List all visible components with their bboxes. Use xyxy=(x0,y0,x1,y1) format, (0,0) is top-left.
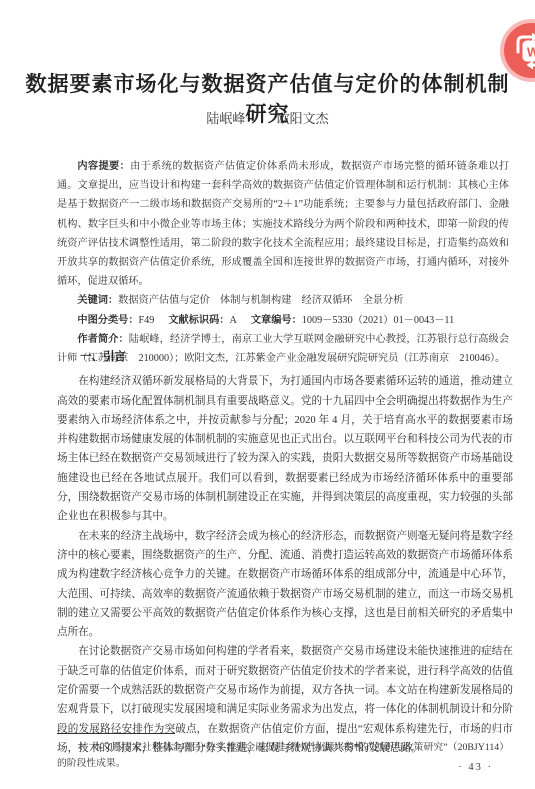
article-body: 一、引言 在构建经济双循环新发展格局的大背景下，为打通国内市场各要素循环运转的通… xyxy=(57,348,513,758)
doc-code-label: 文献标识码： xyxy=(168,315,229,326)
clc-value: F49 xyxy=(139,315,155,326)
word-letter: W xyxy=(527,45,535,60)
paper-page: 数据要素市场化与数据资产估值与定价的体制机制研究 陆岷峰 欧阳文杰 内容提要：由… xyxy=(0,0,535,789)
body-paragraph-2: 在未来的经济主战场中，数字经济会成为核心的经济形态，而数据资产则毫无疑问将是数字… xyxy=(57,527,513,643)
cycle-arrow-bottom-head-icon xyxy=(527,61,534,70)
article-no-label: 文章编号： xyxy=(251,315,302,326)
convert-to-word-button[interactable]: W xyxy=(504,23,535,78)
article-no-value: 1009－5330（2021）01－0043－11 xyxy=(302,315,454,326)
footnote-divider xyxy=(57,733,175,734)
keywords-line: 关键词：数据资产估值与定价 体制与机制构建 经济双循环 全景分析 xyxy=(57,291,509,310)
section-heading: 一、引言 xyxy=(57,348,513,367)
bio-label: 作者简介： xyxy=(77,334,128,345)
abstract-text: 由于系统的数据资产估值定价体系尚未形成，数据资产市场完整的循环链条难以打通。文章… xyxy=(57,161,509,287)
word-convert-icon: W xyxy=(504,23,535,78)
front-matter: 内容提要：由于系统的数据资产估值定价体系尚未形成，数据资产市场完整的循环链条难以… xyxy=(57,157,509,368)
abstract: 内容提要：由于系统的数据资产估值定价体系尚未形成，数据资产市场完整的循环链条难以… xyxy=(57,157,509,291)
footnote: ＊本文系国家社科基金项目“数字普惠金融促进乡村产业振兴的模式创新与政策研究”（2… xyxy=(57,740,509,773)
author-name-1: 陆岷峰 xyxy=(206,108,245,127)
author-name-2: 欧阳文杰 xyxy=(277,108,329,127)
doc-code-value: A xyxy=(230,315,237,326)
page-number: · 43 · xyxy=(458,762,493,773)
author-line: 陆岷峰 欧阳文杰 xyxy=(0,108,535,127)
body-paragraph-1: 在构建经济双循环新发展格局的大背景下，为打通国内市场各要素循环运转的通道，推动建… xyxy=(57,372,513,526)
keywords-label: 关键词： xyxy=(77,295,118,306)
classification-line: 中图分类号：F49文献标识码：A文章编号：1009－5330（2021）01－0… xyxy=(57,311,509,330)
abstract-label: 内容提要： xyxy=(77,161,130,172)
clc-label: 中图分类号： xyxy=(77,315,138,326)
footnote-text: 本文系国家社科基金项目“数字普惠金融促进乡村产业振兴的模式创新与政策研究”（20… xyxy=(57,742,509,769)
footnote-marker: ＊ xyxy=(77,742,87,753)
keywords-text: 数据资产估值与定价 体制与机制构建 经济双循环 全景分析 xyxy=(118,295,403,306)
